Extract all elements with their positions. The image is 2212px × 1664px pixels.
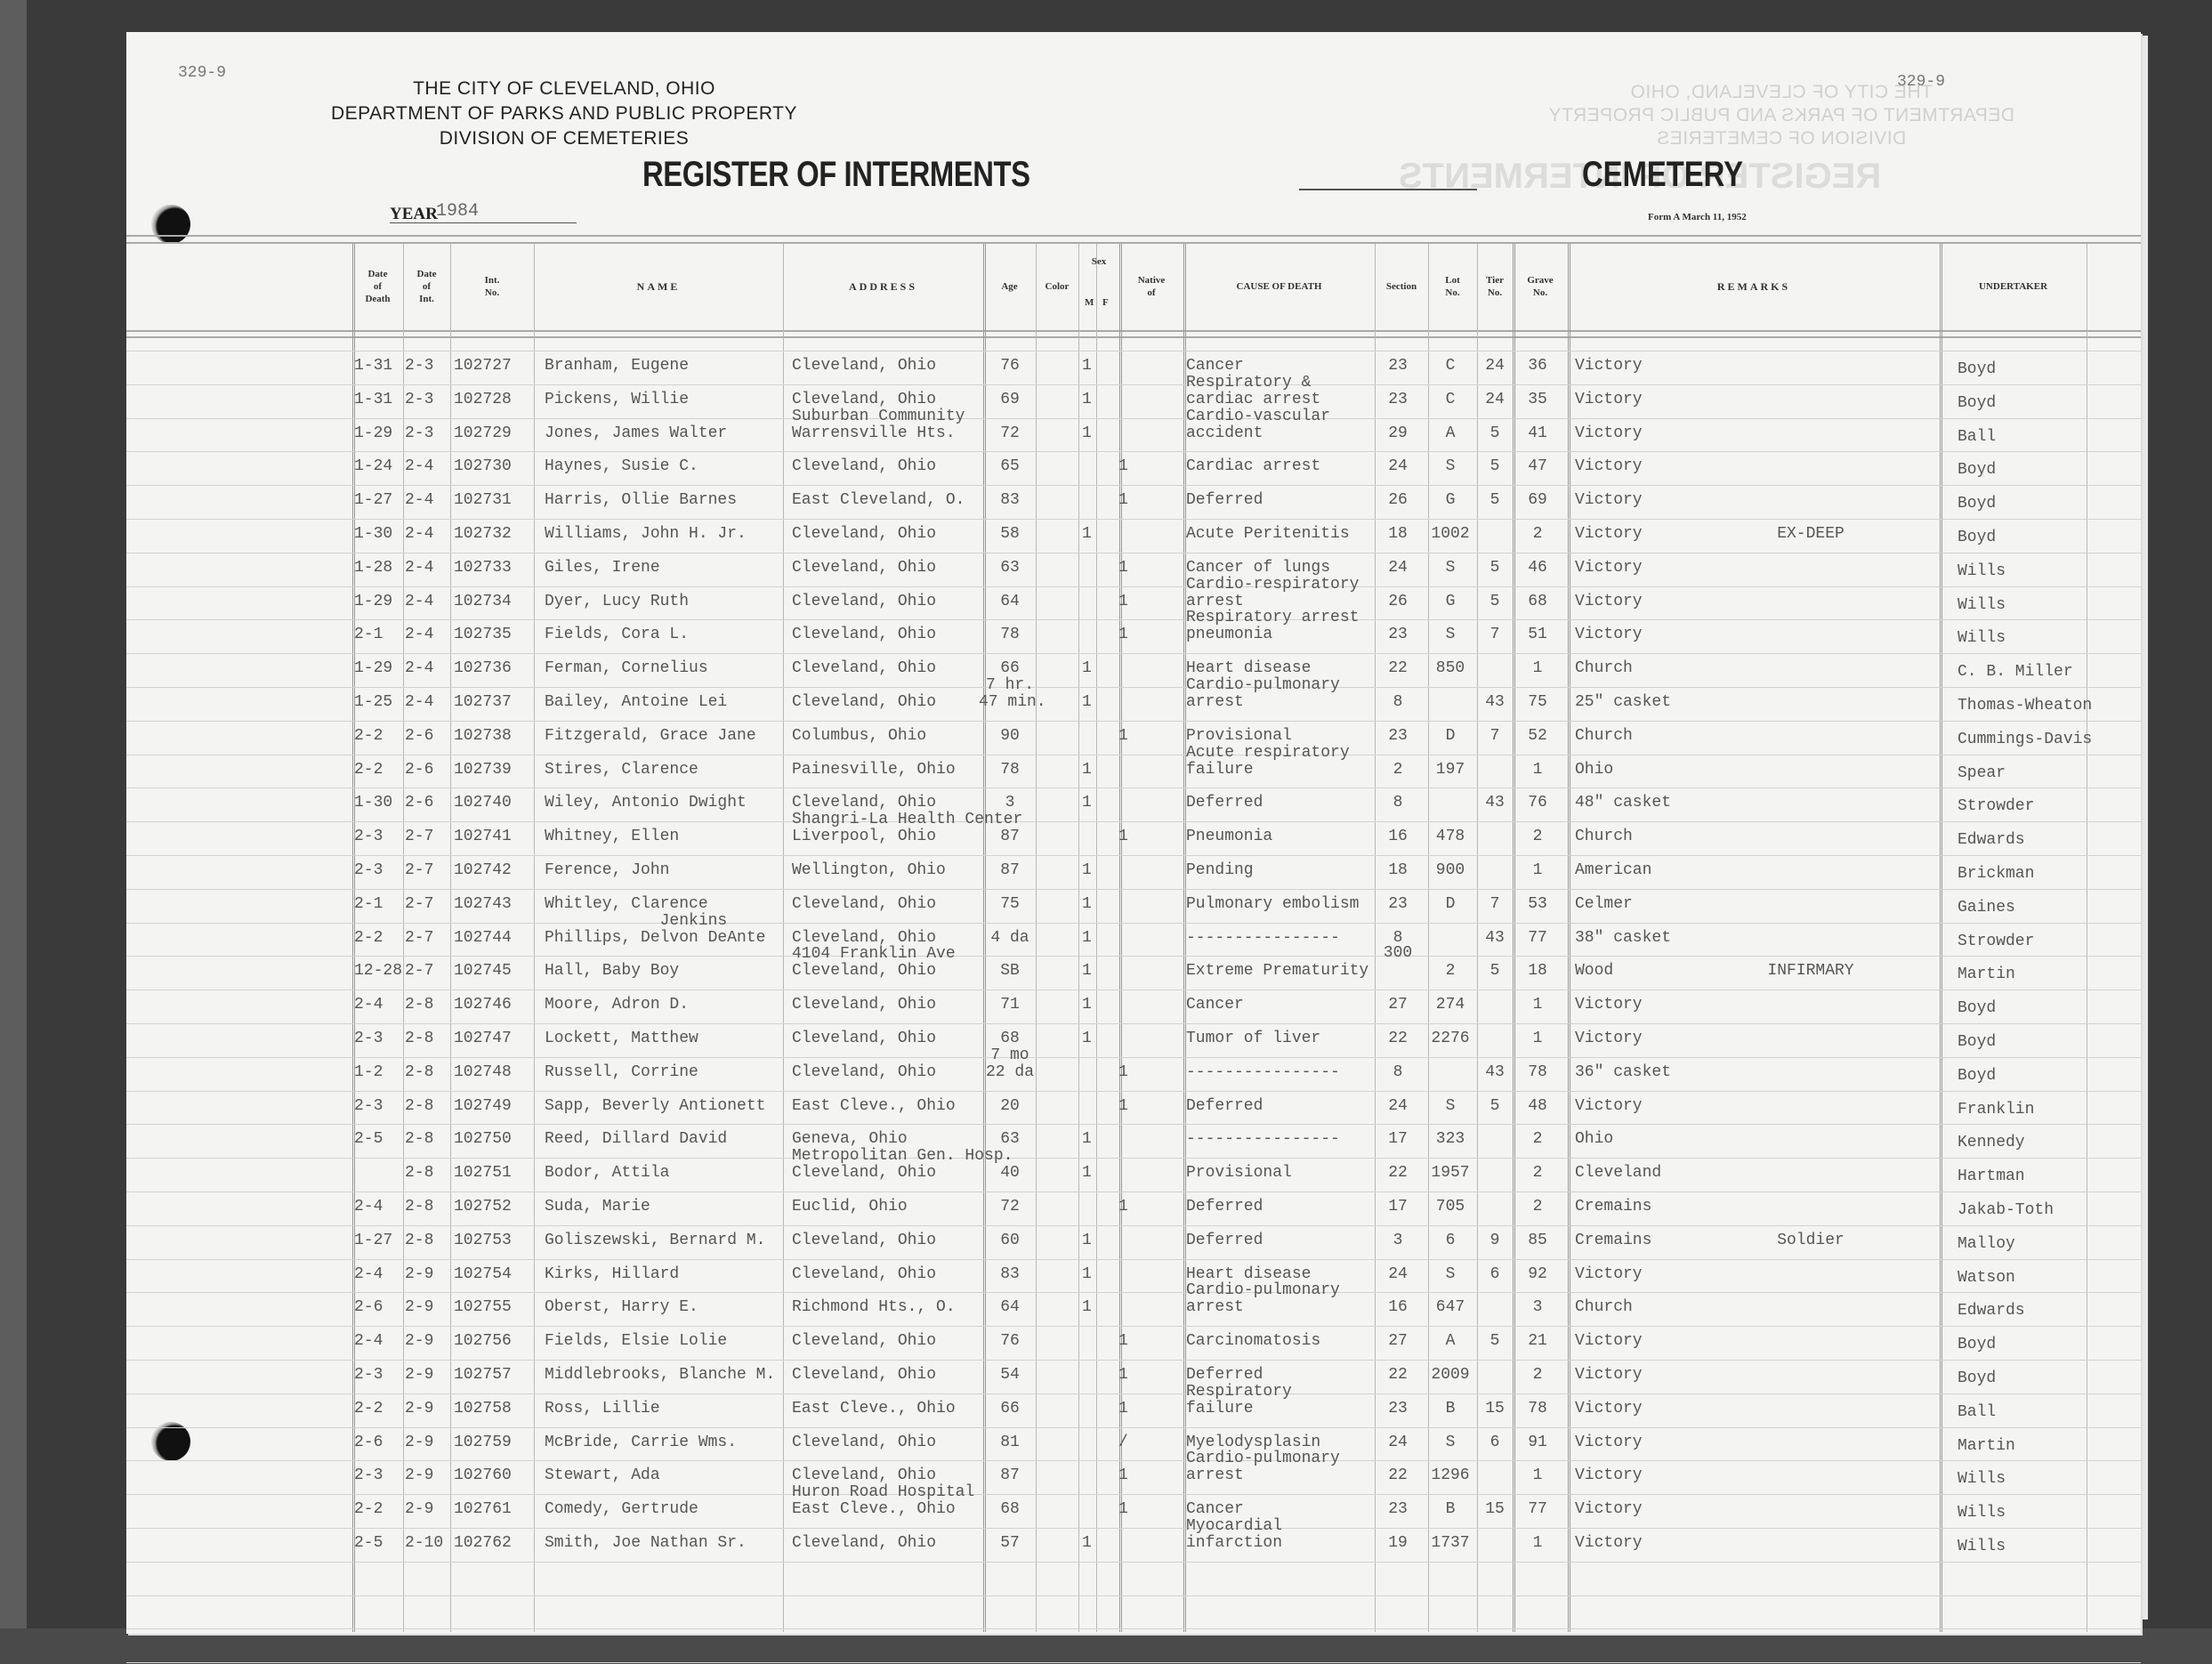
cell-cause: Extreme Prematurity [1186, 963, 1382, 980]
cell-addr: Richmond Hts., O. [792, 1299, 1005, 1316]
cell-lot: D [1425, 896, 1475, 913]
cell-lot: 705 [1425, 1199, 1475, 1216]
cell-tier: 43 [1479, 930, 1511, 947]
cell-sec: 23 [1376, 358, 1420, 375]
ruled-line [126, 1259, 2141, 1260]
cell-und: Franklin [1958, 1102, 2135, 1119]
cell-tier: 5 [1479, 560, 1511, 577]
cell-dod: 1-2 [354, 1064, 402, 1081]
cell-doi: 2-7 [405, 896, 449, 913]
cell-dod: 2-2 [354, 930, 402, 947]
cell-doi: 2-7 [405, 862, 449, 879]
cemetery-name-line [1299, 189, 1477, 190]
cell-doi: 2-8 [405, 1098, 449, 1115]
cell-name: Whitley, Clarence [545, 896, 785, 913]
cell-age: 63 [979, 1131, 1041, 1148]
cell-lot: 2009 [1425, 1367, 1475, 1384]
cell-name: Pickens, Willie [545, 392, 785, 408]
cell-doi: 2-4 [405, 594, 449, 610]
cell-name: Ross, Lillie [545, 1401, 785, 1418]
cell-addr: Cleveland, Ohio [792, 560, 1005, 577]
cell-grave: 35 [1515, 392, 1560, 408]
cell-rem: Victory [1575, 1467, 1771, 1484]
cell-tier: 5 [1479, 1098, 1511, 1115]
cell-addr: Suburban Community Warrensville Hts. [792, 408, 1005, 442]
cell-und: Edwards [1958, 832, 2135, 849]
cell-rem: Cremains [1575, 1232, 1771, 1249]
cell-addr: Cleveland, Ohio [792, 930, 1005, 947]
cell-addr: Columbus, Ohio [792, 728, 1005, 745]
cell-grave: 1 [1515, 997, 1560, 1014]
cell-f: 1 [1118, 1064, 1131, 1081]
binder-hole-icon [151, 1422, 190, 1461]
cell-doi: 2-4 [405, 458, 449, 475]
cell-sec: 24 [1376, 1098, 1420, 1115]
cell-age: 83 [979, 1266, 1041, 1283]
column-header-section: Section [1375, 244, 1428, 329]
cell-und: Thomas-Wheaton [1958, 698, 2135, 715]
cell-int: 102729 [454, 425, 534, 442]
cell-cause: Myelodysplasin [1186, 1434, 1382, 1451]
cell-m: 1 [1082, 963, 1094, 980]
cell-tier: 9 [1479, 1232, 1511, 1249]
cell-dod: 1-31 [354, 392, 402, 408]
cell-age: 40 [979, 1165, 1041, 1182]
cell-addr: Cleveland, Ohio [792, 1266, 1005, 1283]
cell-rem: 38" casket [1575, 930, 1771, 947]
column-header-address: ADDRESS [783, 244, 983, 329]
cell-m: 1 [1082, 1266, 1094, 1283]
cell-addr: Painesville, Ohio [792, 762, 1005, 779]
cell-dod: 2-4 [354, 997, 402, 1014]
cell-doi: 2-9 [405, 1501, 449, 1518]
cell-grave: 78 [1515, 1401, 1560, 1418]
cell-name: Reed, Dillard David [545, 1131, 785, 1148]
cell-rem: American [1575, 862, 1771, 879]
cell-age: 66 [979, 660, 1041, 677]
cell-rem: 36" casket [1575, 1064, 1771, 1081]
cell-addr: Wellington, Ohio [792, 862, 1005, 879]
year-label: YEAR [390, 205, 438, 224]
cell-cause: Cancer [1186, 997, 1382, 1014]
cell-addr: Metropolitan Gen. Hosp. Cleveland, Ohio [792, 1148, 1005, 1182]
cell-cause: Myocardial infarction [1186, 1518, 1382, 1552]
cell-doi: 2-3 [405, 425, 449, 442]
cell-age: 66 [979, 1401, 1041, 1418]
cell-dod: 2-3 [354, 1030, 402, 1047]
ruled-line [126, 384, 2141, 385]
cell-addr: Cleveland, Ohio [792, 526, 1005, 543]
cell-grave: 41 [1515, 425, 1560, 442]
cell-dod: 2-5 [354, 1131, 402, 1148]
ruled-line [126, 855, 2141, 856]
ruled-line [126, 755, 2141, 755]
column-header-date-of-int: Date of Int. [403, 244, 450, 329]
cell-dod: 2-4 [354, 1266, 402, 1283]
cell-sec: 24 [1376, 1266, 1420, 1283]
cell-tier: 7 [1479, 626, 1511, 643]
cell-int: 102741 [454, 828, 534, 845]
cell-tier: 24 [1479, 392, 1511, 408]
cell-grave: 77 [1515, 930, 1560, 947]
cell-dod: 1-29 [354, 425, 402, 442]
cell-dod: 12-28 [354, 963, 402, 980]
cell-sec: 23 [1376, 626, 1420, 643]
cell-int: 102758 [454, 1401, 534, 1418]
binder-edge [0, 0, 27, 1664]
ruled-line [126, 721, 2141, 722]
cell-rem: Victory [1575, 392, 1771, 408]
cell-int: 102740 [454, 795, 534, 812]
cell-grave: 53 [1515, 896, 1560, 913]
cell-dod: 2-6 [354, 1434, 402, 1451]
cell-tier: 5 [1479, 425, 1511, 442]
cell-und: Edwards [1958, 1303, 2135, 1320]
cell-lot: 647 [1425, 1299, 1475, 1316]
ruled-line [126, 519, 2141, 520]
cell-und: Wills [1958, 1471, 2135, 1488]
cell-m: 1 [1082, 930, 1094, 947]
cell-cause: Cardio-pulmonary arrest [1186, 677, 1382, 711]
cell-name: Fields, Elsie Lolie [545, 1333, 785, 1350]
cell-dod: 2-2 [354, 1401, 402, 1418]
cell-addr: Cleveland, Ohio [792, 594, 1005, 610]
cell-int: 102743 [454, 896, 534, 913]
cell-sec: 17 [1376, 1131, 1420, 1148]
cell-age: 54 [979, 1367, 1041, 1384]
cell-int: 102750 [454, 1131, 534, 1148]
ruled-line [126, 1326, 2141, 1327]
cell-rem: Church [1575, 828, 1771, 845]
cell-sec: 22 [1376, 1165, 1420, 1182]
cell-cause: Deferred [1186, 492, 1382, 509]
cell-int: 102762 [454, 1535, 534, 1552]
cell-grave: 1 [1515, 1467, 1560, 1484]
cell-rem: Victory [1575, 1367, 1771, 1384]
cell-doi: 2-8 [405, 1064, 449, 1081]
cell-age: 71 [979, 997, 1041, 1014]
cell-und: Hartman [1958, 1168, 2135, 1185]
cell-doi: 2-4 [405, 660, 449, 677]
cell-name: Lockett, Matthew [545, 1030, 785, 1047]
cell-sec: 8 [1376, 694, 1420, 711]
ruled-line [126, 1124, 2141, 1125]
cell-und: Boyd [1958, 529, 2135, 546]
cell-name: Ference, John [545, 862, 785, 879]
cell-dod: 2-3 [354, 1467, 402, 1484]
cell-grave: 92 [1515, 1266, 1560, 1283]
cell-grave: 2 [1515, 828, 1560, 845]
cell-sec: 29 [1376, 425, 1420, 442]
cell-doi: 2-4 [405, 626, 449, 643]
cell-f: 1 [1118, 626, 1131, 643]
cell-und: Wills [1958, 597, 2135, 614]
cell-lot: G [1425, 594, 1475, 610]
cell-und: Boyd [1958, 1337, 2135, 1353]
cell-name: Jones, James Walter [545, 425, 785, 442]
cell-int: 102753 [454, 1232, 534, 1249]
cell-m: 1 [1082, 896, 1094, 913]
cell-dod: 2-6 [354, 1299, 402, 1316]
cell-und: Wills [1958, 563, 2135, 580]
cell-int: 102737 [454, 694, 534, 711]
cell-cause: Pending [1186, 862, 1382, 879]
cell-cause: Pulmonary embolism [1186, 896, 1382, 913]
ruled-line [126, 1091, 2141, 1092]
cell-age: 63 [979, 560, 1041, 577]
cell-rem: 48" casket [1575, 795, 1771, 812]
cell-name: Oberst, Harry E. [545, 1299, 785, 1316]
ruled-line [126, 990, 2141, 990]
cell-grave: 2 [1515, 1165, 1560, 1182]
cell-sec: 24 [1376, 1434, 1420, 1451]
cell-cause: Deferred [1186, 1199, 1382, 1216]
cell-age: 58 [979, 526, 1041, 543]
cell-rem: Victory [1575, 594, 1771, 610]
cell-sec: 17 [1376, 1199, 1420, 1216]
cell-lot: 1002 [1425, 526, 1475, 543]
ruled-line [126, 687, 2141, 688]
cell-sec: 2 [1376, 762, 1420, 779]
ruled-line [126, 956, 2141, 957]
cell-rem: Victory [1575, 626, 1771, 643]
cell-lot: S [1425, 560, 1475, 577]
cell-f: 1 [1118, 1098, 1131, 1115]
cell-f: 1 [1118, 1467, 1131, 1484]
cell-grave: 85 [1515, 1232, 1560, 1249]
cell-lot: 1957 [1425, 1165, 1475, 1182]
cell-f: 1 [1118, 492, 1131, 509]
cell-cause: Respiratory & cardiac arrest [1186, 375, 1382, 408]
cell-doi: 2-8 [405, 1232, 449, 1249]
column-header-tier: Tier No. [1477, 244, 1513, 329]
cell-doi: 2-7 [405, 963, 449, 980]
cell-name: Harris, Ollie Barnes [545, 492, 785, 509]
ruled-line [126, 1562, 2141, 1563]
cell-rem: Victory [1575, 492, 1771, 509]
cell-und: Kennedy [1958, 1135, 2135, 1151]
cell-int: 102751 [454, 1165, 534, 1182]
cell-f: 1 [1118, 1501, 1131, 1518]
cell-doi: 2-3 [405, 358, 449, 375]
cell-grave: 21 [1515, 1333, 1560, 1350]
cell-dod: 1-29 [354, 594, 402, 610]
cell-grave: 2 [1515, 1367, 1560, 1384]
cell-age: 90 [979, 728, 1041, 745]
cell-grave: 46 [1515, 560, 1560, 577]
cell-lot: S [1425, 458, 1475, 475]
cell-tier: 5 [1479, 1333, 1511, 1350]
cell-cause: Acute Peritenitis [1186, 526, 1382, 543]
cell-dod: 2-2 [354, 728, 402, 745]
header-rule-bottom [126, 330, 2141, 338]
cell-int: 102738 [454, 728, 534, 745]
cell-cause: Cardio-respiratory arrest [1186, 577, 1382, 610]
cell-sec: 22 [1376, 1367, 1420, 1384]
cell-lot: 478 [1425, 828, 1475, 845]
cell-grave: 1 [1515, 862, 1560, 879]
cell-int: 102745 [454, 963, 534, 980]
cell-doi: 2-9 [405, 1299, 449, 1316]
column-header-undertaker: UNDERTAKER [1940, 244, 2087, 329]
cell-name: McBride, Carrie Wms. [545, 1434, 785, 1451]
cell-addr: Cleveland, Ohio [792, 392, 1005, 408]
cell-dod: 2-4 [354, 1199, 402, 1216]
cell-lot: 323 [1425, 1131, 1475, 1148]
cell-sec: 23 [1376, 1401, 1420, 1418]
cell-name: Stewart, Ada [545, 1467, 785, 1484]
cell-und: Wills [1958, 1505, 2135, 1522]
cell-doi: 2-8 [405, 997, 449, 1014]
ruled-line [126, 1662, 2141, 1663]
cell-addr: Cleveland, Ohio [792, 1467, 1005, 1484]
cell-dod: 2-1 [354, 626, 402, 643]
column-header-int-no: Int. No. [450, 244, 534, 329]
cell-lot: S [1425, 1266, 1475, 1283]
column-subheader-sex-m: M [1085, 297, 1094, 308]
cell-dod: 1-27 [354, 1232, 402, 1249]
cell-und: Boyd [1958, 361, 2135, 378]
cell-name: Fields, Cora L. [545, 626, 785, 643]
cell-age: 4 da [979, 930, 1041, 947]
cell-tier: 43 [1479, 1064, 1511, 1081]
cell-grave: 75 [1515, 694, 1560, 711]
cell-age: 60 [979, 1232, 1041, 1249]
cell-name: Sapp, Beverly Antionett [545, 1098, 785, 1115]
cell-sec: 19 [1376, 1535, 1420, 1552]
cell-sec: 23 [1376, 728, 1420, 745]
cell-f: 1 [1118, 828, 1131, 845]
cell-m: 1 [1082, 762, 1094, 779]
cell-m: 1 [1082, 694, 1094, 711]
cell-rem: Victory [1575, 997, 1771, 1014]
cell-tier: 6 [1479, 1266, 1511, 1283]
cell-rem: Victory [1575, 1501, 1771, 1518]
cell-age: 7 mo 22 da [979, 1047, 1041, 1081]
cell-dod: 2-3 [354, 862, 402, 879]
cell-m: 1 [1082, 1030, 1094, 1047]
cell-grave: 51 [1515, 626, 1560, 643]
cell-age: SB [979, 963, 1041, 980]
cell-lot: 197 [1425, 762, 1475, 779]
cell-und: Jakab-Toth [1958, 1202, 2135, 1219]
cell-cause: ---------------- [1186, 1131, 1382, 1148]
cell-rem: Victory [1575, 425, 1771, 442]
cell-und: Boyd [1958, 1370, 2135, 1387]
ruled-line [126, 1158, 2141, 1159]
column-header-remarks: REMARKS [1568, 244, 1940, 329]
ruled-line [126, 653, 2141, 654]
column-header-cause: CAUSE OF DEATH [1183, 244, 1375, 329]
cell-und: C. B. Miller [1958, 664, 2135, 681]
ruled-line [126, 351, 2141, 351]
cell-addr: Cleveland, Ohio [792, 1535, 1005, 1552]
cell-f: / [1118, 1434, 1131, 1451]
ruled-line [126, 1360, 2141, 1361]
cell-int: 102733 [454, 560, 534, 577]
cell-lot: C [1425, 392, 1475, 408]
cell-doi: 2-9 [405, 1266, 449, 1283]
cell-cause: Tumor of liver [1186, 1030, 1382, 1047]
cell-name: Hall, Baby Boy [545, 963, 785, 980]
cell-grave: 3 [1515, 1299, 1560, 1316]
ruled-line [126, 586, 2141, 587]
column-subheader-sex-f: F [1102, 297, 1109, 308]
cell-grave: 1 [1515, 660, 1560, 677]
cell-int: 102728 [454, 392, 534, 408]
cell-doi: 2-9 [405, 1333, 449, 1350]
cell-sec: 16 [1376, 828, 1420, 845]
cell-rem: Victory [1575, 1333, 1771, 1350]
cell-name: Bailey, Antoine Lei [545, 694, 785, 711]
cell-und: Strowder [1958, 933, 2135, 950]
cell-grave: 1 [1515, 762, 1560, 779]
cell-int: 102732 [454, 526, 534, 543]
cell-und: Boyd [1958, 462, 2135, 479]
cell-und: Ball [1958, 1404, 2135, 1421]
cell-lot: 274 [1425, 997, 1475, 1014]
cell-grave: 52 [1515, 728, 1560, 745]
cell-cause: ---------------- [1186, 1064, 1382, 1081]
cell-cause: Heart disease [1186, 1266, 1382, 1283]
cell-grave: 76 [1515, 795, 1560, 812]
cell-rem: Victory [1575, 1401, 1771, 1418]
cell-doi: 2-7 [405, 930, 449, 947]
cell-cause: Cardio-vascular accident [1186, 408, 1382, 442]
cell-name: Stires, Clarence [545, 762, 785, 779]
cell-grave: 68 [1515, 594, 1560, 610]
cell-grave: 78 [1515, 1064, 1560, 1081]
cell-dod: 2-2 [354, 762, 402, 779]
cell-und: Boyd [1958, 1068, 2135, 1085]
ruled-line [126, 1292, 2141, 1293]
cell-sec: 26 [1376, 492, 1420, 509]
cell-f: 1 [1118, 594, 1131, 610]
cell-doi: 2-4 [405, 526, 449, 543]
cell-addr: Cleveland, Ohio [792, 458, 1005, 475]
binder-bottom [0, 1628, 2212, 1664]
column-header-date-of-death: Date of Death [352, 244, 403, 329]
ruled-line [126, 418, 2141, 419]
header-division: DIVISION OF CEMETERIES [0, 128, 1571, 149]
cell-rem: Victory [1575, 560, 1771, 577]
cell-und: Watson [1958, 1270, 2135, 1287]
cell-rem2: EX-DEEP [1744, 526, 1877, 543]
cell-int: 102754 [454, 1266, 534, 1283]
cell-m: 1 [1082, 660, 1094, 677]
cell-dod: 2-1 [354, 896, 402, 913]
cell-name: Moore, Adron D. [545, 997, 785, 1014]
bleed-through-header-2: DEPARTMENT OF PARKS AND PUBLIC PROPERTY [1514, 105, 2048, 126]
cell-lot: B [1425, 1501, 1475, 1518]
cell-age: 75 [979, 896, 1041, 913]
cell-rem: Cleveland [1575, 1165, 1771, 1182]
cell-doi: 2-8 [405, 1131, 449, 1148]
ruled-line [126, 1460, 2141, 1461]
cell-grave: 18 [1515, 963, 1560, 980]
cell-doi: 2-7 [405, 828, 449, 845]
cell-grave: 2 [1515, 1131, 1560, 1148]
cell-cause: Deferred [1186, 1232, 1382, 1249]
cell-addr: Cleveland, Ohio [792, 1064, 1005, 1081]
cell-und: Boyd [1958, 1000, 2135, 1017]
cell-rem2: Soldier [1744, 1232, 1877, 1249]
cell-f: 1 [1118, 728, 1131, 745]
form-note: Form A March 11, 1952 [1648, 212, 1747, 222]
cell-age: 76 [979, 1333, 1041, 1350]
column-header-native-of: Native of [1119, 244, 1183, 329]
cell-lot: 850 [1425, 660, 1475, 677]
